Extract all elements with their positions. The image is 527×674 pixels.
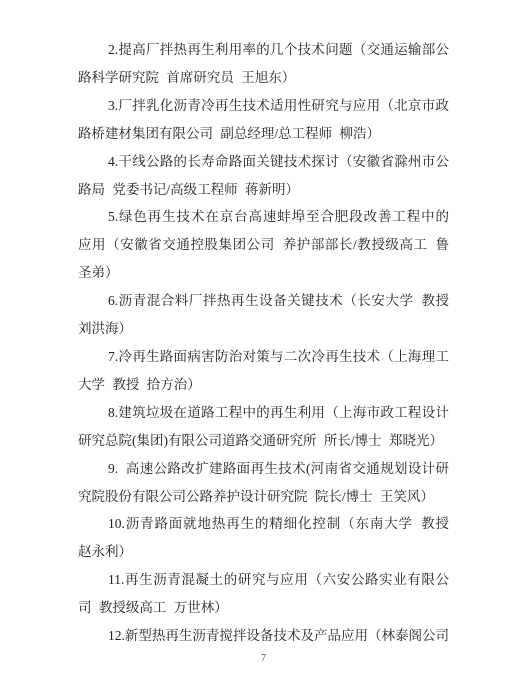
- list-item: 4.干线公路的长寿命路面关键技术探讨（安徽省滁州市公路局 党委书记/高级工程师 …: [78, 148, 449, 204]
- text-line: 应用（安徽省交通控股集团公司 养护部部长/教授级高工 鲁: [78, 231, 449, 259]
- text-line: 路桥建材集团有限公司 副总经理/总工程师 柳浩）: [78, 120, 449, 148]
- list-item: 12.新型热再生沥青搅拌设备技术及产品应用（林泰阁公司: [78, 622, 449, 650]
- text-line: 究院股份有限公司公路养护设计研究院 院长/博士 王笑风）: [78, 483, 449, 511]
- list-item: 7.冷再生路面病害防治对策与二次冷再生技术（上海理工大学 教授 拾方治）: [78, 343, 449, 399]
- list-item: 3.厂拌乳化沥青冷再生技术适用性研究与应用（北京市政路桥建材集团有限公司 副总经…: [78, 92, 449, 148]
- text-line: 3.厂拌乳化沥青冷再生技术适用性研究与应用（北京市政: [78, 92, 449, 120]
- text-line: 9. 高速公路改扩建路面再生技术(河南省交通规划设计研: [78, 455, 449, 483]
- list-item: 2.提高厂拌热再生利用率的几个技术问题（交通运输部公路科学研究院 首席研究员 王…: [78, 36, 449, 92]
- text-line: 10.沥青路面就地热再生的精细化控制（东南大学 教授: [78, 510, 449, 538]
- text-line: 4.干线公路的长寿命路面关键技术探讨（安徽省滁州市公: [78, 148, 449, 176]
- list-item: 11.再生沥青混凝土的研究与应用（六安公路实业有限公司 教授级高工 万世林）: [78, 566, 449, 622]
- list-item: 9. 高速公路改扩建路面再生技术(河南省交通规划设计研究院股份有限公司公路养护设…: [78, 455, 449, 511]
- text-line: 圣弟）: [78, 259, 449, 287]
- text-line: 研究总院(集团)有限公司道路交通研究所 所长/博士 郑晓光）: [78, 427, 449, 455]
- text-line: 路局 党委书记/高级工程师 蒋新明）: [78, 176, 449, 204]
- text-line: 6.沥青混合料厂拌热再生设备关键技术（长安大学 教授: [78, 287, 449, 315]
- list-item: 6.沥青混合料厂拌热再生设备关键技术（长安大学 教授刘洪海）: [78, 287, 449, 343]
- document-page: 2.提高厂拌热再生利用率的几个技术问题（交通运输部公路科学研究院 首席研究员 王…: [0, 0, 527, 674]
- text-line: 11.再生沥青混凝土的研究与应用（六安公路实业有限公: [78, 566, 449, 594]
- list-item: 8.建筑垃圾在道路工程中的再生利用（上海市政工程设计研究总院(集团)有限公司道路…: [78, 399, 449, 455]
- list-item: 10.沥青路面就地热再生的精细化控制（东南大学 教授赵永利）: [78, 510, 449, 566]
- text-line: 5.绿色再生技术在京台高速蚌埠至合肥段改善工程中的: [78, 203, 449, 231]
- list-item: 5.绿色再生技术在京台高速蚌埠至合肥段改善工程中的应用（安徽省交通控股集团公司 …: [78, 203, 449, 287]
- text-line: 2.提高厂拌热再生利用率的几个技术问题（交通运输部公: [78, 36, 449, 64]
- text-line: 8.建筑垃圾在道路工程中的再生利用（上海市政工程设计: [78, 399, 449, 427]
- document-body: 2.提高厂拌热再生利用率的几个技术问题（交通运输部公路科学研究院 首席研究员 王…: [78, 36, 449, 650]
- text-line: 司 教授级高工 万世林）: [78, 594, 449, 622]
- text-line: 7.冷再生路面病害防治对策与二次冷再生技术（上海理工: [78, 343, 449, 371]
- text-line: 赵永利）: [78, 538, 449, 566]
- text-line: 大学 教授 拾方治）: [78, 371, 449, 399]
- text-line: 刘洪海）: [78, 315, 449, 343]
- page-number: 7: [0, 653, 527, 665]
- text-line: 12.新型热再生沥青搅拌设备技术及产品应用（林泰阁公司: [78, 622, 449, 650]
- text-line: 路科学研究院 首席研究员 王旭东）: [78, 64, 449, 92]
